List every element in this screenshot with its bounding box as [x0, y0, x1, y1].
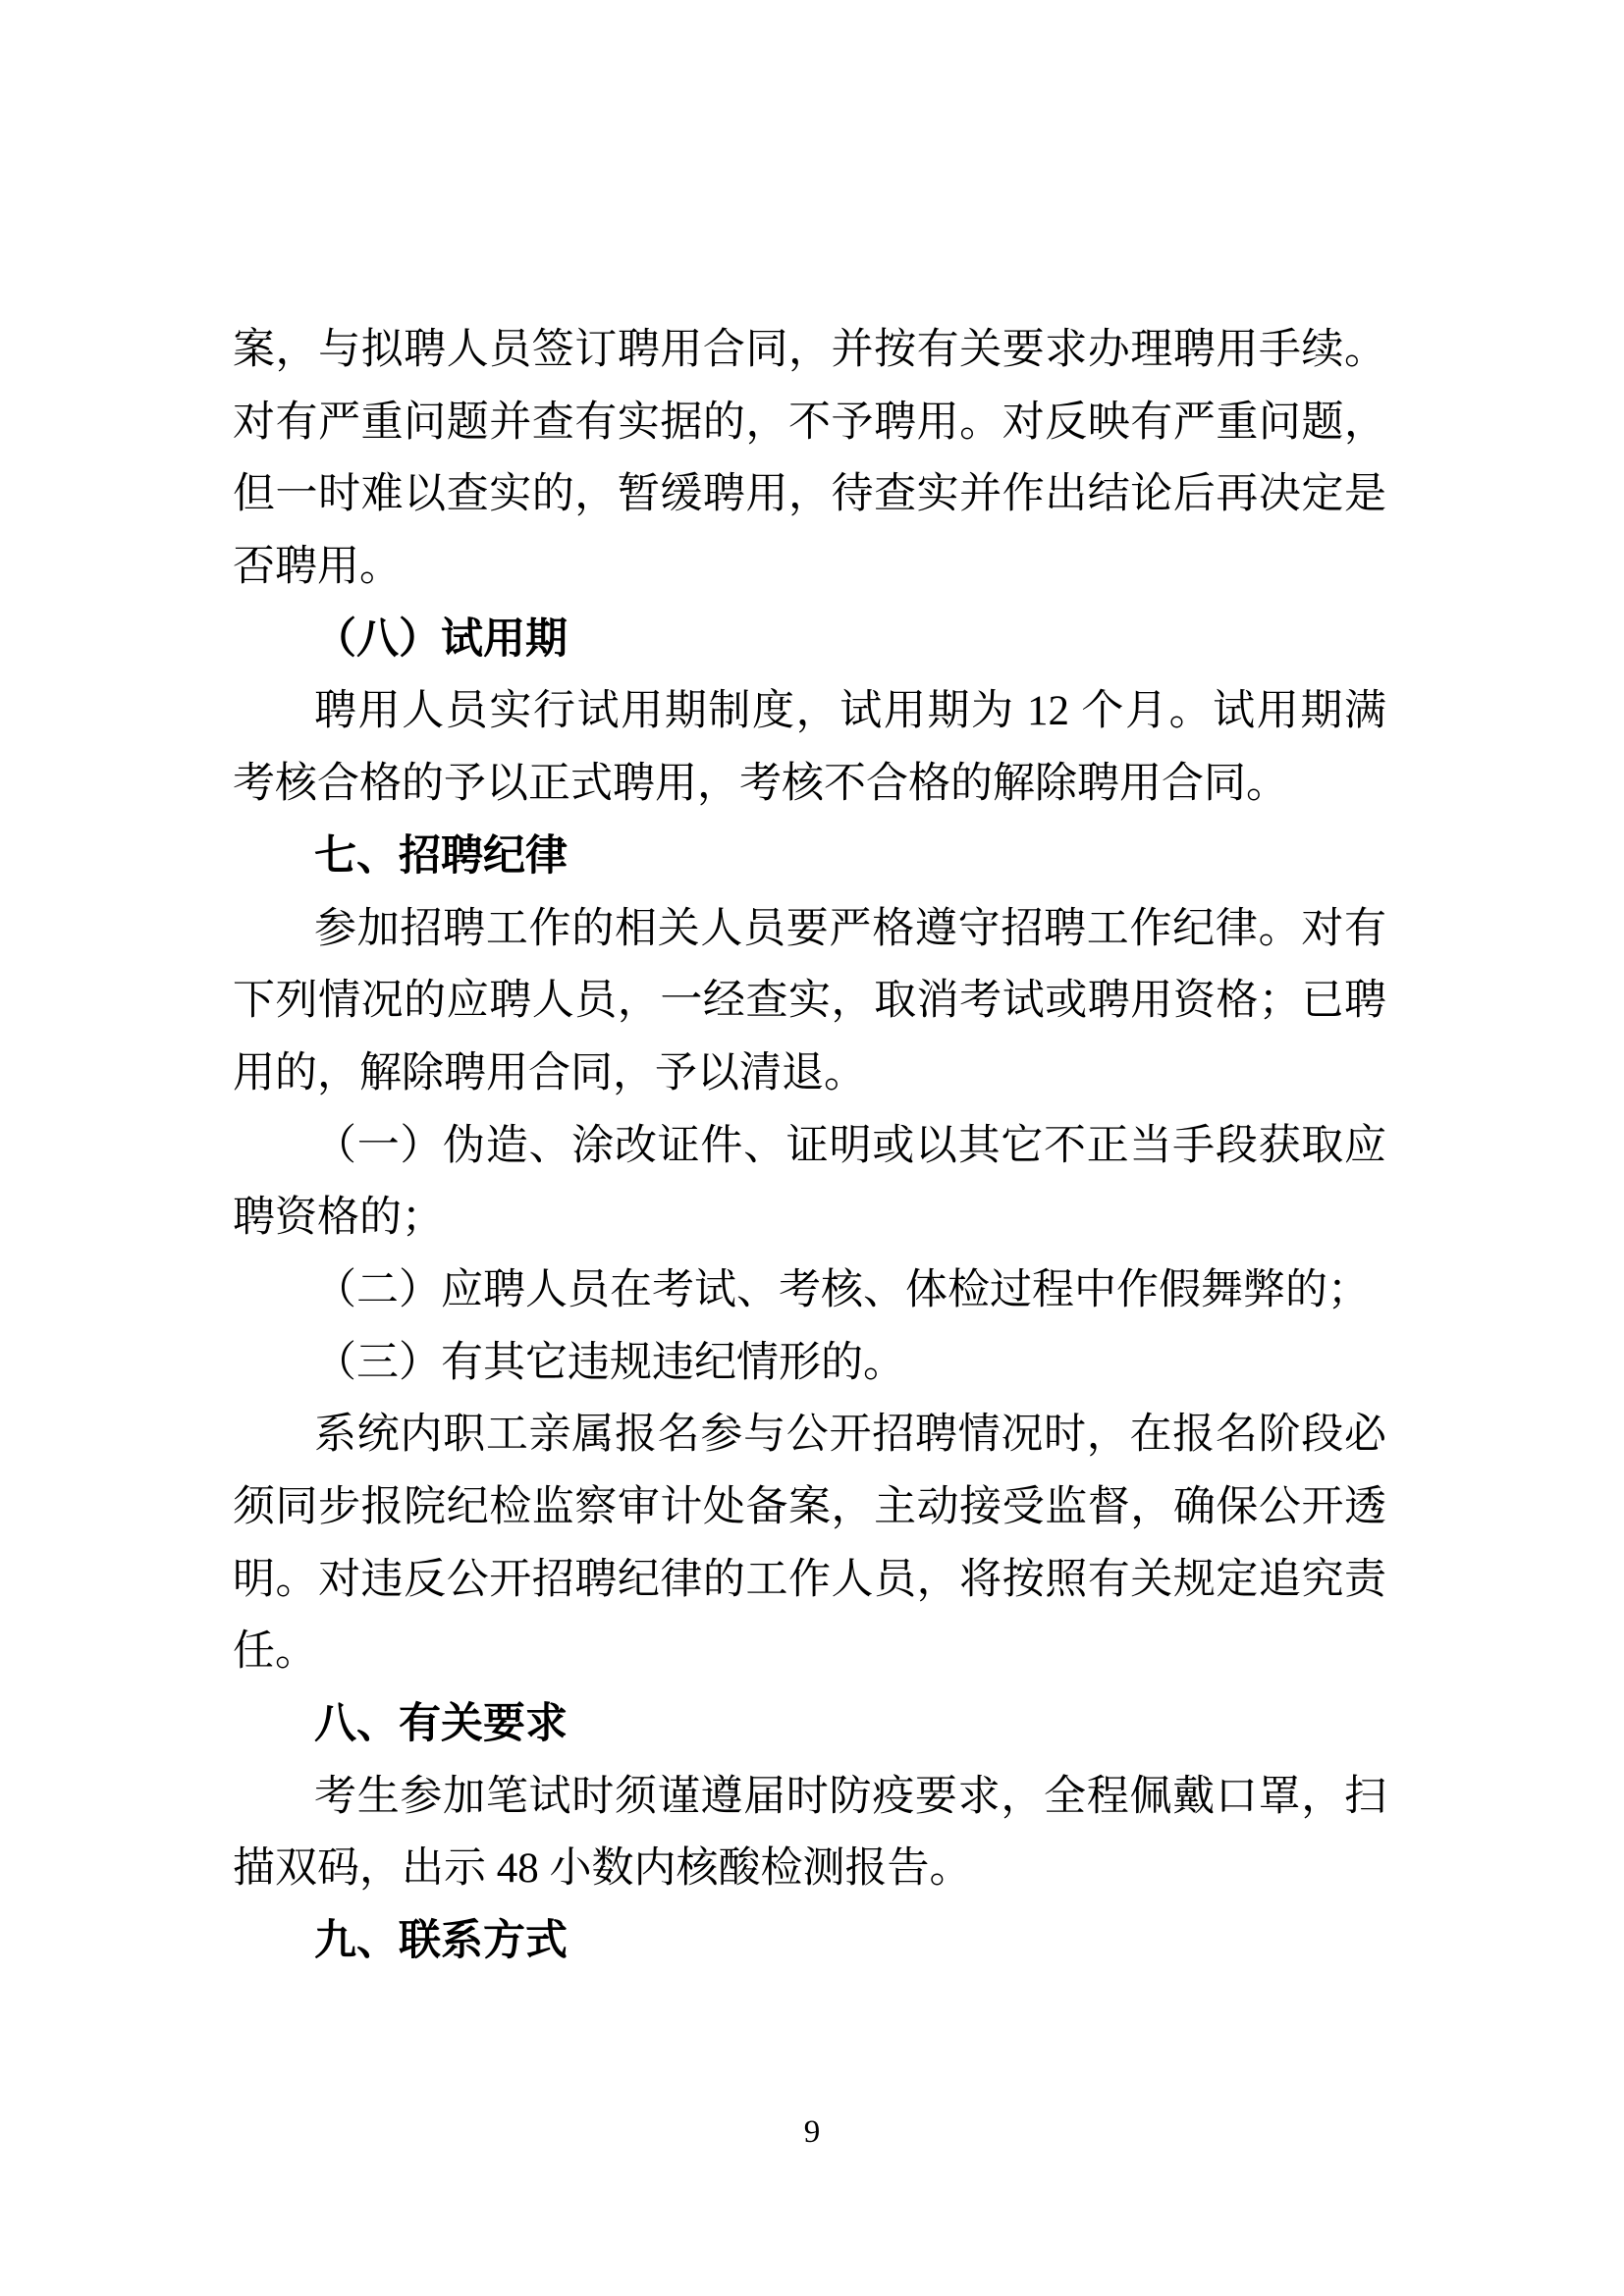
document-page: 案，与拟聘人员签订聘用合同，并按有关要求办理聘用手续。 对有严重问题并查有实据的…	[0, 0, 1624, 2296]
heading-section-8-requirements: 八、有关要求	[233, 1688, 1386, 1761]
doc-line: 参加招聘工作的相关人员要严格遵守招聘工作纪律。对有	[233, 893, 1386, 966]
doc-line: 考生参加笔试时须谨遵届时防疫要求，全程佩戴口罩，扫	[233, 1761, 1386, 1834]
heading-probation-period: （八）试用期	[233, 604, 1386, 676]
doc-line: 否聘用。	[233, 531, 1386, 604]
doc-line-item-1: （一）伪造、涂改证件、证明或以其它不正当手段获取应	[233, 1110, 1386, 1183]
doc-line: 描双码，出示 48 小数内核酸检测报告。	[233, 1833, 1386, 1905]
doc-line: 对有严重问题并查有实据的，不予聘用。对反映有严重问题，	[233, 387, 1386, 459]
doc-line-item-2: （二）应聘人员在考试、考核、体检过程中作假舞弊的；	[233, 1255, 1386, 1327]
text-block: 案，与拟聘人员签订聘用合同，并按有关要求办理聘用手续。 对有严重问题并查有实据的…	[233, 314, 1386, 1978]
doc-line: 明。对违反公开招聘纪律的工作人员，将按照有关规定追究责	[233, 1544, 1386, 1617]
doc-line: 用的，解除聘用合同，予以清退。	[233, 1038, 1386, 1110]
doc-line: 任。	[233, 1616, 1386, 1688]
doc-line: 须同步报院纪检监察审计处备案，主动接受监督，确保公开透	[233, 1471, 1386, 1544]
doc-line: 系统内职工亲属报名参与公开招聘情况时，在报名阶段必	[233, 1399, 1386, 1471]
page-number: 9	[0, 2112, 1624, 2152]
doc-line-item-3: （三）有其它违规违纪情形的。	[233, 1327, 1386, 1400]
doc-line: 考核合格的予以正式聘用，考核不合格的解除聘用合同。	[233, 748, 1386, 821]
doc-line: 案，与拟聘人员签订聘用合同，并按有关要求办理聘用手续。	[233, 314, 1386, 387]
heading-section-9-contact: 九、联系方式	[233, 1905, 1386, 1978]
heading-section-7-recruitment-discipline: 七、招聘纪律	[233, 821, 1386, 893]
doc-line: 下列情况的应聘人员，一经查实，取消考试或聘用资格；已聘	[233, 965, 1386, 1038]
doc-line: 但一时难以查实的，暂缓聘用，待查实并作出结论后再决定是	[233, 458, 1386, 531]
doc-line: 聘资格的；	[233, 1182, 1386, 1255]
doc-line: 聘用人员实行试用期制度，试用期为 12 个月。试用期满	[233, 675, 1386, 748]
